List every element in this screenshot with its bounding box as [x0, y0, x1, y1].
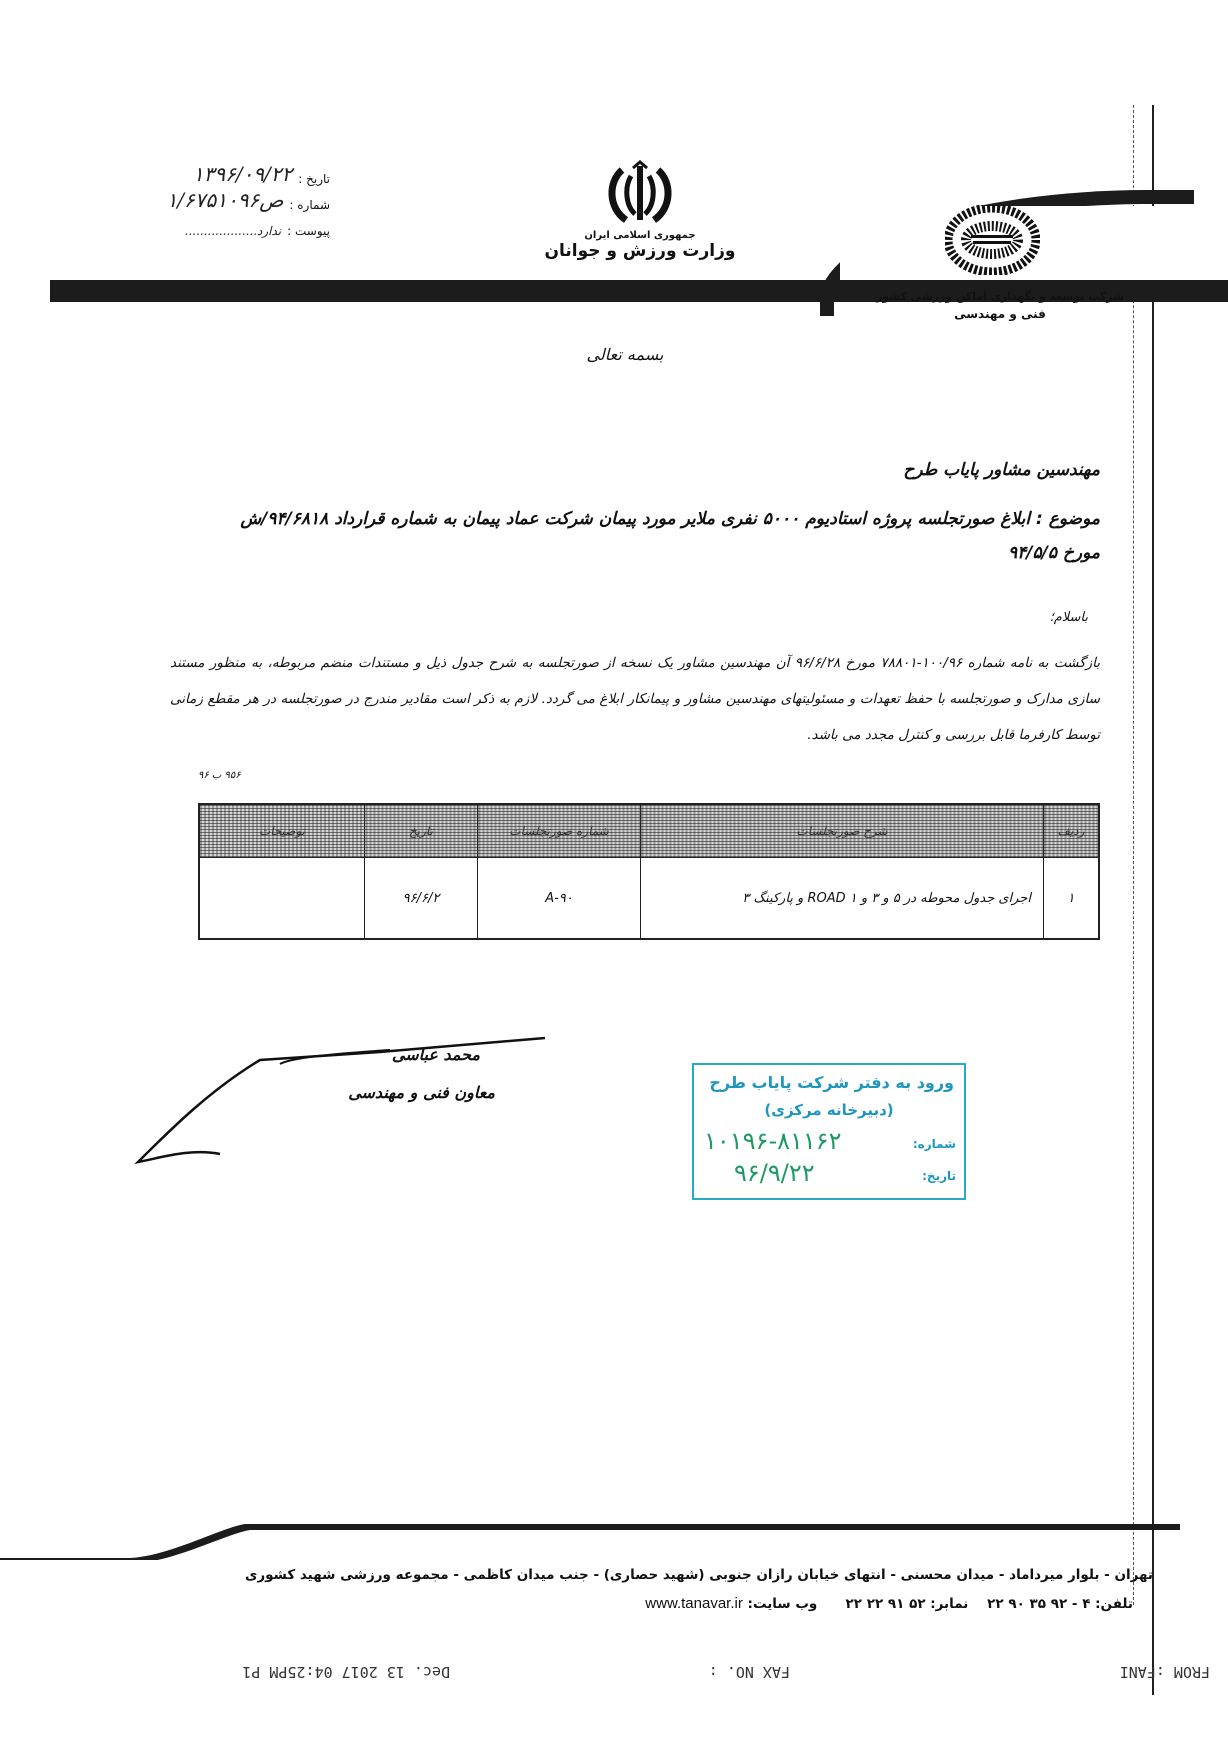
phone-label: تلفن:: [1095, 1596, 1133, 1612]
table-header-row: ردیف شرح صورتجلسات شماره صورتجلسات تاریخ…: [199, 804, 1099, 858]
col-minutes-number: شماره صورتجلسات: [478, 804, 641, 858]
date-label: تاریخ :: [298, 172, 330, 186]
stamp-number-value: ۱۰۱۹۶-۸۱۱۶۲: [704, 1127, 842, 1155]
letter-body: بازگشت به نامه شماره ۱۰۰/۹۶-۷۸۸۰۱ مورخ ۹…: [170, 645, 1100, 753]
col-date: تاریخ: [365, 804, 478, 858]
ministry-name: وزارت ورزش و جوانان: [540, 241, 740, 261]
minutes-table: ردیف شرح صورتجلسات شماره صورتجلسات تاریخ…: [198, 803, 1100, 940]
number-value: ۱/۶۷۵۱۰۹۶ص: [167, 188, 284, 212]
table-row: ۱ اجرای جدول محوطه در ۵ و ۳ و ۱ ROAD و پ…: [199, 858, 1099, 940]
meta-attachment: پیوست : ...................ندارد: [80, 212, 330, 238]
phone-value: ۴ - ۹۲ ۳۵ ۹۰ ۲۲: [987, 1596, 1090, 1612]
company-title: شرکت توسعه و نگهداری اماکن ورزشی کشور فن…: [870, 290, 1130, 321]
fax-datetime: Dec. 13 2017 04:25PM P1: [150, 1663, 450, 1681]
website-link[interactable]: www.tanavar.ir: [645, 1595, 743, 1612]
company-department: فنی و مهندسی: [870, 307, 1130, 321]
fax-number: FAX NO. :: [680, 1663, 790, 1681]
stamp-number-label: شماره:: [913, 1137, 956, 1151]
footer-contact: تلفن: ۴ - ۹۲ ۳۵ ۹۰ ۲۲ نمابر: ۵۲ ۹۱ ۲۲ ۲۲…: [645, 1595, 1133, 1612]
ministry-country: جمهوری اسلامی ایران: [540, 230, 740, 241]
signatory-title: معاون فنی و مهندسی: [300, 1083, 495, 1102]
cell-description: اجرای جدول محوطه در ۵ و ۳ و ۱ ROAD و پار…: [641, 858, 1044, 940]
cell-date: ۹۶/۶/۲: [365, 858, 478, 940]
stamp-date-label: تاریخ:: [922, 1169, 956, 1183]
footer-band: [0, 1520, 1180, 1560]
number-label: شماره :: [289, 198, 330, 212]
col-remarks: توضیحات: [199, 804, 365, 858]
cell-remarks: [199, 858, 365, 940]
company-name: شرکت توسعه و نگهداری اماکن ورزشی کشور: [870, 290, 1130, 303]
company-logo-icon: [945, 205, 1040, 275]
recipient: مهندسین مشاور پایاب طرح: [903, 460, 1100, 480]
col-row-number: ردیف: [1044, 804, 1100, 858]
meta-date: تاریخ : ۱۳۹۶/۰۹/۲۲: [80, 160, 330, 186]
fold-line-dashed: [1133, 105, 1134, 1605]
fax-from: FROM :FANI: [1090, 1663, 1210, 1681]
col-description: شرح صورتجلسات: [641, 804, 1044, 858]
stamp-subtitle: (دبیرخانه مرکزی): [694, 1101, 964, 1119]
ministry-title: جمهوری اسلامی ایران وزارت ورزش و جوانان: [540, 230, 740, 261]
stamp-date-value: ۹۶/۹/۲۲: [734, 1159, 815, 1187]
subject: موضوع : ابلاغ صورتجلسه پروژه استادیوم ۵۰…: [200, 502, 1100, 570]
meta-number: شماره : ۱/۶۷۵۱۰۹۶ص: [80, 186, 330, 212]
fax-label: نمابر:: [930, 1596, 968, 1612]
received-stamp: ورود به دفتر شرکت پایاب طرح (دبیرخانه مر…: [692, 1063, 966, 1200]
footer-address: تهران - بلوار میرداماد - میدان محسنی - ا…: [245, 1567, 1153, 1583]
stamp-title: ورود به دفتر شرکت پایاب طرح: [709, 1073, 954, 1092]
signatory-name: محمد عباسی: [300, 1045, 480, 1064]
fax-value: ۵۲ ۹۱ ۲۲ ۲۲: [846, 1596, 926, 1612]
reference-note: ۹۵۶ ب ۹۶: [198, 770, 241, 781]
cell-minutes-number: A-۹۰: [478, 858, 641, 940]
iran-emblem-icon: [600, 160, 680, 230]
fold-line: [1152, 105, 1154, 1695]
cell-row-number: ۱: [1044, 858, 1100, 940]
bismillah: بسمه تعالی: [580, 345, 670, 364]
greeting: باسلام؛: [1050, 610, 1088, 625]
attachment-label: پیوست :: [287, 224, 330, 238]
letter-meta: تاریخ : ۱۳۹۶/۰۹/۲۲ شماره : ۱/۶۷۵۱۰۹۶ص پی…: [80, 160, 330, 238]
date-value: ۱۳۹۶/۰۹/۲۲: [193, 162, 292, 186]
attachment-value: ...................ندارد: [185, 224, 282, 238]
website-label: وب سایت:: [748, 1596, 818, 1612]
